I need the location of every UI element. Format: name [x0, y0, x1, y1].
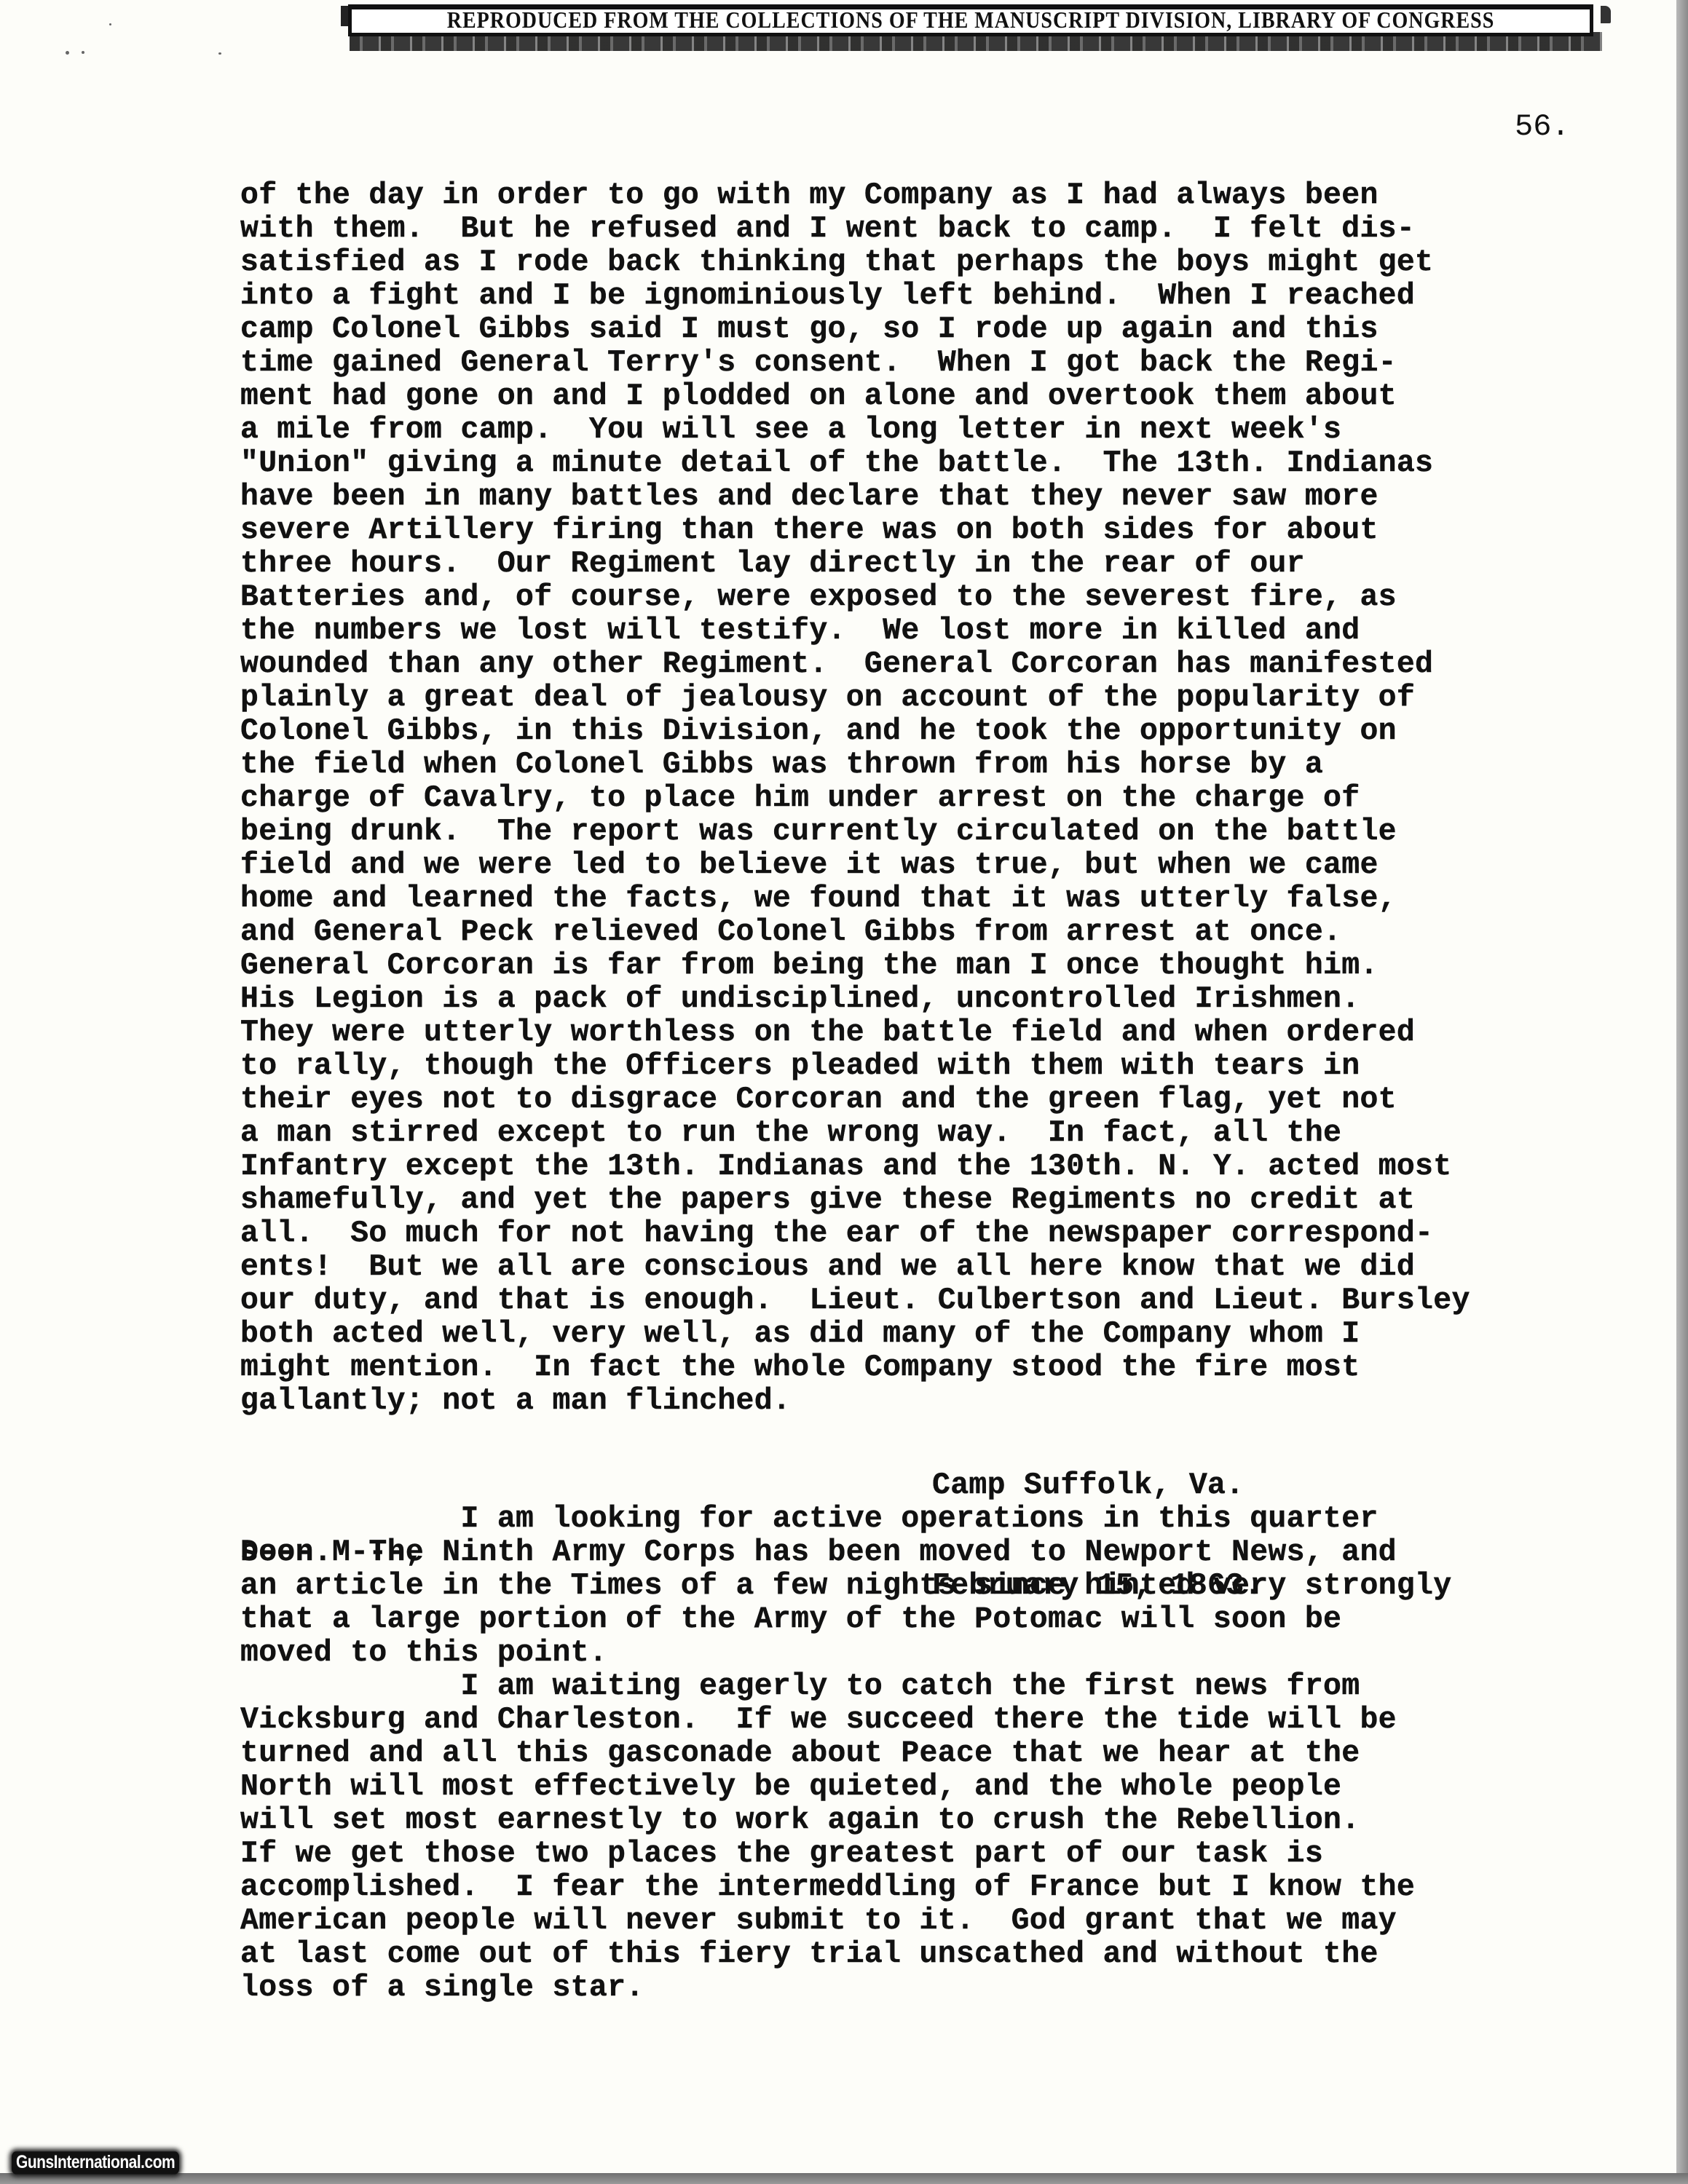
- stamp-text: REPRODUCED FROM THE COLLECTIONS OF THE M…: [447, 8, 1495, 35]
- text-line: ents! But we all are conscious and we al…: [240, 1251, 1470, 1284]
- text-line: "Union" giving a minute detail of the ba…: [240, 447, 1470, 480]
- text-line: General Corcoran is far from being the m…: [240, 949, 1470, 983]
- text-line: wounded than any other Regiment. General…: [240, 648, 1470, 681]
- text-line: moved to this point.: [240, 1637, 1451, 1670]
- text-line: Vicksburg and Charleston. If we succeed …: [240, 1704, 1451, 1737]
- letter-body-continued: of the day in order to go with my Compan…: [240, 179, 1470, 1418]
- text-line: time gained General Terry's consent. Whe…: [240, 347, 1470, 380]
- text-line: three hours. Our Regiment lay directly i…: [240, 547, 1470, 581]
- text-line: of the day in order to go with my Compan…: [240, 179, 1470, 213]
- text-line: our duty, and that is enough. Lieut. Cul…: [240, 1284, 1470, 1318]
- text-line: I am waiting eagerly to catch the first …: [240, 1670, 1451, 1704]
- text-line: a mile from camp. You will see a long le…: [240, 414, 1470, 447]
- paper-speck: [82, 51, 84, 54]
- stamp-edge-right: [1601, 6, 1611, 23]
- text-line: loss of a single star.: [240, 1971, 1451, 2005]
- text-line: turned and all this gasconade about Peac…: [240, 1737, 1451, 1770]
- text-line: gallantly; not a man flinched.: [240, 1385, 1470, 1418]
- text-line: with them. But he refused and I went bac…: [240, 213, 1470, 246]
- dateline-place: Camp Suffolk, Va.: [932, 1469, 1263, 1503]
- text-line: Colonel Gibbs, in this Division, and he …: [240, 715, 1470, 748]
- text-line: their eyes not to disgrace Corcoran and …: [240, 1083, 1470, 1117]
- watermark-logo: GunsInternational.com: [12, 2151, 179, 2174]
- text-line: both acted well, very well, as did many …: [240, 1318, 1470, 1351]
- text-line: the field when Colonel Gibbs was thrown …: [240, 748, 1470, 782]
- text-line: severe Artillery firing than there was o…: [240, 514, 1470, 547]
- text-line: home and learned the facts, we found tha…: [240, 882, 1470, 916]
- text-line: His Legion is a pack of undisciplined, u…: [240, 983, 1470, 1016]
- letter-body-new: I am looking for active operations in th…: [240, 1503, 1451, 2005]
- scan-edge-right: [1676, 0, 1688, 2184]
- paper-speck: [66, 51, 69, 55]
- scan-edge-bottom: [0, 2173, 1688, 2184]
- text-line: and General Peck relieved Colonel Gibbs …: [240, 916, 1470, 949]
- document-page: REPRODUCED FROM THE COLLECTIONS OF THE M…: [0, 0, 1676, 2173]
- text-line: If we get those two places the greatest …: [240, 1837, 1451, 1871]
- library-of-congress-stamp: REPRODUCED FROM THE COLLECTIONS OF THE M…: [348, 4, 1593, 36]
- text-line: ment had gone on and I plodded on alone …: [240, 380, 1470, 414]
- text-line: have been in many battles and declare th…: [240, 480, 1470, 514]
- page-number: 56.: [1515, 109, 1570, 144]
- text-line: satisfied as I rode back thinking that p…: [240, 246, 1470, 280]
- text-line: field and we were led to believe it was …: [240, 849, 1470, 882]
- text-line: the numbers we lost will testify. We los…: [240, 614, 1470, 648]
- text-line: being drunk. The report was currently ci…: [240, 815, 1470, 849]
- text-line: an article in the Times of a few nights …: [240, 1570, 1451, 1603]
- text-line: at last come out of this fiery trial uns…: [240, 1938, 1451, 1971]
- text-line: North will most effectively be quieted, …: [240, 1770, 1451, 1804]
- text-line: They were utterly worthless on the battl…: [240, 1016, 1470, 1050]
- text-line: soon. The Ninth Army Corps has been move…: [240, 1536, 1451, 1570]
- text-line: all. So much for not having the ear of t…: [240, 1217, 1470, 1251]
- paper-speck: [218, 52, 221, 55]
- text-line: a man stirred except to run the wrong wa…: [240, 1117, 1470, 1150]
- text-line: charge of Cavalry, to place him under ar…: [240, 782, 1470, 815]
- paper-speck: [109, 23, 111, 25]
- text-line: plainly a great deal of jealousy on acco…: [240, 681, 1470, 715]
- text-line: American people will never submit to it.…: [240, 1904, 1451, 1938]
- text-line: into a fight and I be ignominiously left…: [240, 280, 1470, 313]
- text-line: accomplished. I fear the intermeddling o…: [240, 1871, 1451, 1904]
- text-line: I am looking for active operations in th…: [240, 1503, 1451, 1536]
- text-line: that a large portion of the Army of the …: [240, 1603, 1451, 1637]
- text-line: will set most earnestly to work again to…: [240, 1804, 1451, 1837]
- text-line: might mention. In fact the whole Company…: [240, 1351, 1470, 1385]
- text-line: shamefully, and yet the papers give thes…: [240, 1184, 1470, 1217]
- text-line: Infantry except the 13th. Indianas and t…: [240, 1150, 1470, 1184]
- text-line: to rally, though the Officers pleaded wi…: [240, 1050, 1470, 1083]
- text-line: camp Colonel Gibbs said I must go, so I …: [240, 313, 1470, 347]
- text-line: Batteries and, of course, were exposed t…: [240, 581, 1470, 614]
